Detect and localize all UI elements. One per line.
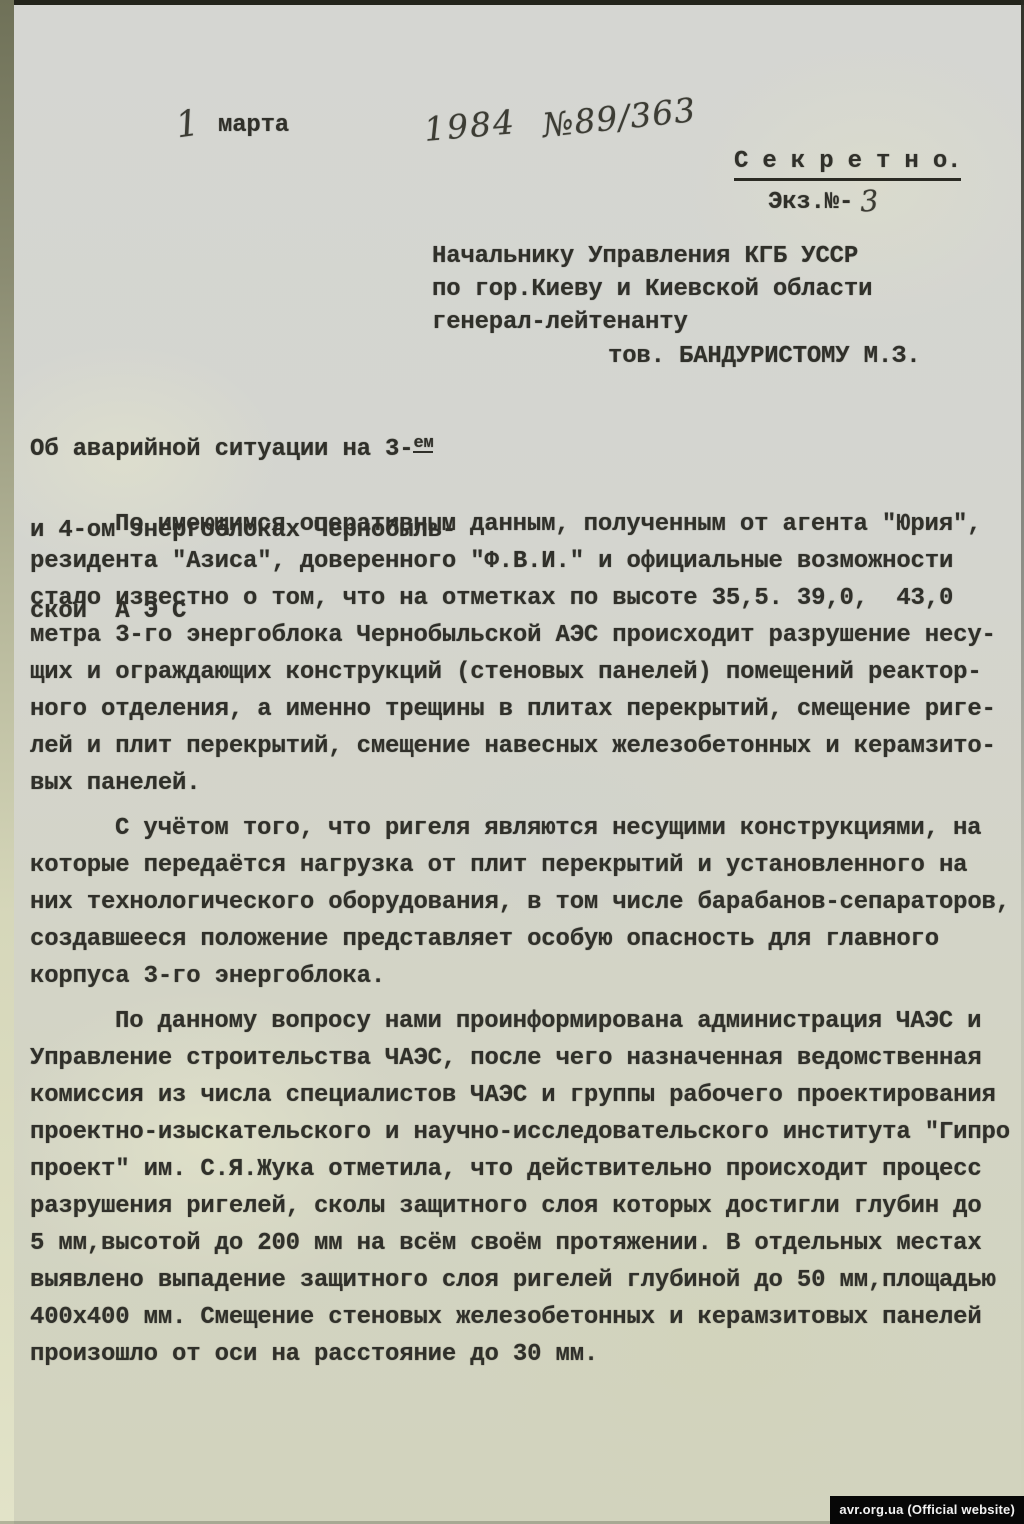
text-line: вых панелей. [30,765,1015,802]
paragraph-2: С учётом того, что ригеля являются несущ… [30,810,1015,995]
text-line: корпуса 3-го энергоблока. [30,958,1015,995]
scan-edge-top [0,0,1024,5]
text-line: выявлено выпадение защитного слоя ригеле… [30,1262,1015,1299]
recipient-block: Начальнику Управления КГБ УССРпо гор.Кие… [432,240,872,339]
handwritten-copy-number: 3 [859,183,880,218]
subject-line1-text: Об аварийной ситуации на 3- [30,436,413,463]
source-website-badge: avr.org.ua (Official website) [830,1496,1024,1524]
paragraph-1: По имеющимся оперативным данным, получен… [30,506,1015,802]
handwritten-year: 1984 [422,102,517,149]
text-line: них технологического оборудования, в том… [30,884,1015,921]
text-line: ного отделения, а именно трещины в плита… [30,691,1015,728]
text-line: создавшееся положение представляет особу… [30,921,1015,958]
text-line: которые передаётся нагрузка от плит пере… [30,847,1015,884]
scan-edge-left [0,0,14,1524]
text-line: Управление строительства ЧАЭС, после чег… [30,1040,1015,1077]
text-line: разрушения ригелей, сколы защитного слоя… [30,1188,1015,1225]
text-line: По данному вопросу нами проинформирована… [30,1003,1015,1040]
text-line: резидента "Азиса", доверенного "Ф.В.И." … [30,543,1015,580]
addressee-line: тов. БАНДУРИСТОМУ М.З. [608,343,920,370]
typed-month: марта [218,112,289,139]
text-line: 5 мм,высотой до 200 мм на всём своём про… [30,1225,1015,1262]
text-line: лей и плит перекрытий, смещение навесных… [30,728,1015,765]
handwritten-day: 1 [173,103,201,147]
text-line: 400х400 мм. Смещение стеновых железобето… [30,1299,1015,1336]
text-line: произошло от оси на расстояние до 30 мм. [30,1336,1015,1373]
paragraph-3: По данному вопросу нами проинформирована… [30,1003,1015,1373]
text-line: метра 3-го энергоблока Чернобыльской АЭС… [30,617,1015,654]
text-line: комиссия из числа специалистов ЧАЭС и гр… [30,1077,1015,1114]
document-body: По имеющимся оперативным данным, получен… [30,506,1015,1373]
secrecy-stamp: С е к р е т н о. [734,148,961,181]
text-line: стало известно о том, что на отметках по… [30,580,1015,617]
copy-number-label: Экз.№- [768,189,853,216]
text-line: генерал-лейтенанту [432,306,872,339]
handwritten-reference-number: №89/363 [540,90,698,145]
text-line: С учётом того, что ригеля являются несущ… [30,810,1015,847]
text-line: щих и ограждающих конструкций (стеновых … [30,654,1015,691]
text-line: По имеющимся оперативным данным, получен… [30,506,1015,543]
scanned-document-page: 1 марта 1984 №89/363 С е к р е т н о. Эк… [0,0,1024,1524]
subject-line1-superscript: ем [413,437,433,453]
text-line: проект" им. С.Я.Жука отметила, что дейст… [30,1151,1015,1188]
text-line: Начальнику Управления КГБ УССР [432,240,872,273]
text-line: по гор.Киеву и Киевской области [432,273,872,306]
subject-line: Об аварийной ситуации на 3-ем [30,436,456,463]
text-line: проектно-изыскательского и научно-исслед… [30,1114,1015,1151]
